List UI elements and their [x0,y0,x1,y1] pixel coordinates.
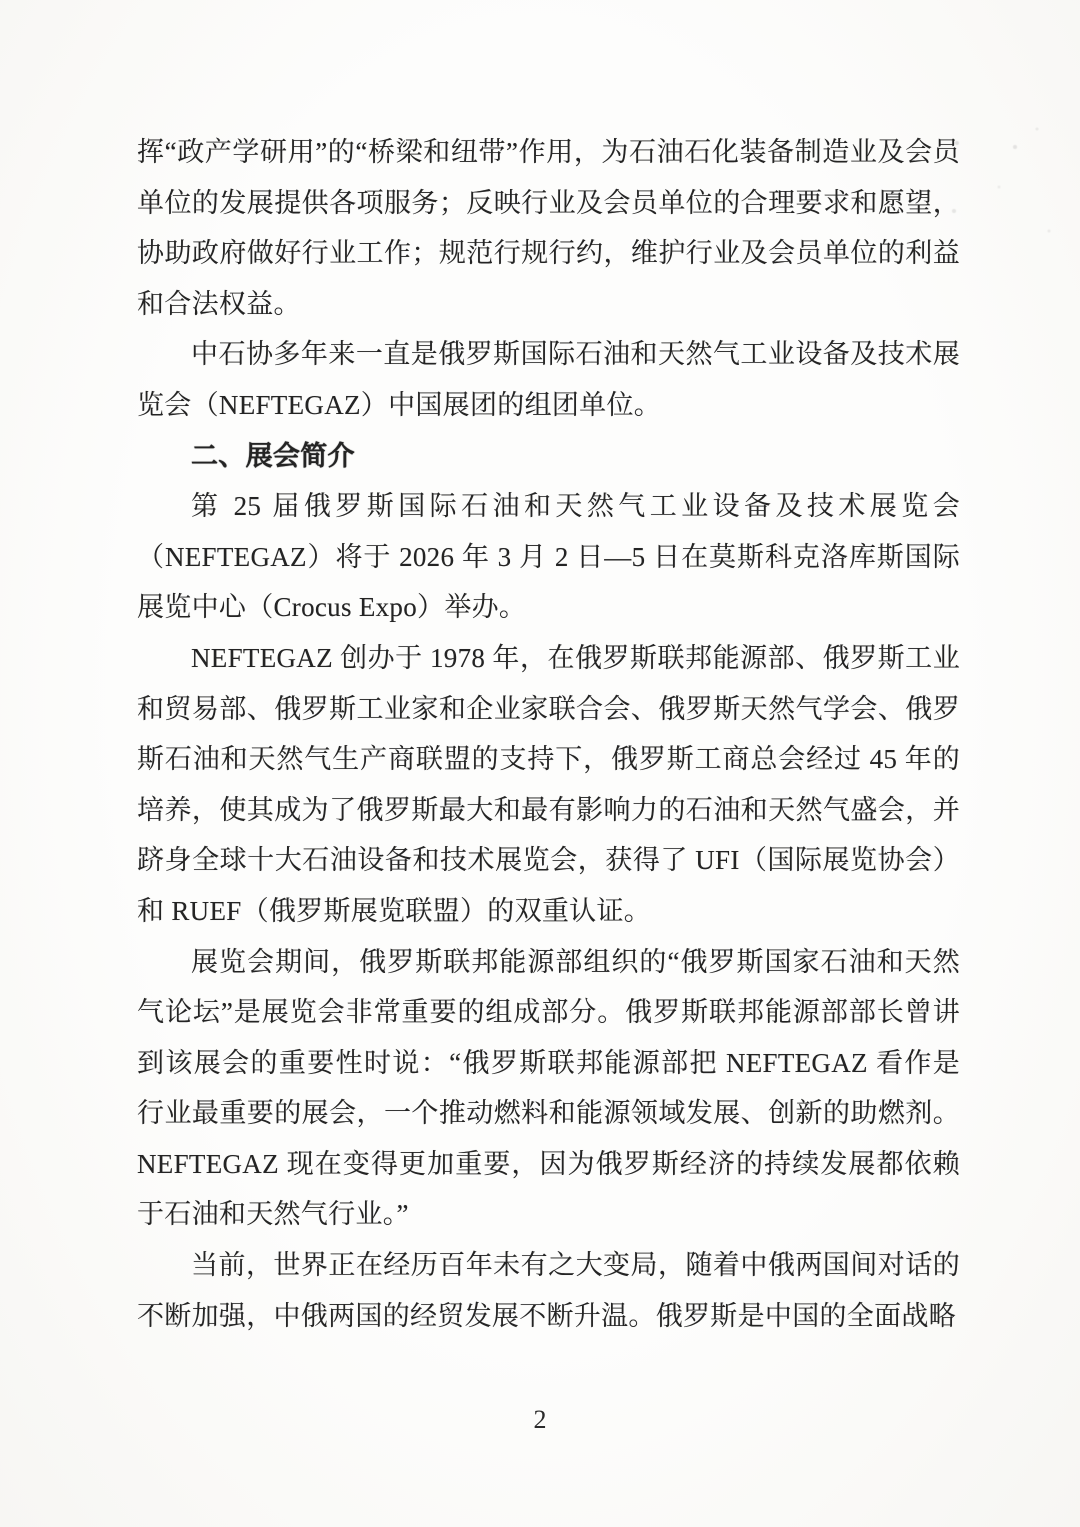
paragraph-china-russia-relations: 当前，世界正在经历百年未有之大变局，随着中俄两国间对话的不断加强，中俄两国的经贸… [137,1240,960,1341]
paragraph-continuation: 挥“政产学研用”的“桥梁和纽带”作用，为石油石化装备制造业及会员单位的发展提供各… [137,127,960,329]
page-number: 2 [0,1405,1080,1435]
section-heading-exhibition-intro: 二、展会简介 [137,431,960,482]
scanned-document-page: 挥“政产学研用”的“桥梁和纽带”作用，为石油石化装备制造业及会员单位的发展提供各… [0,0,1080,1527]
paragraph-exhibition-dates: 第 25 届俄罗斯国际石油和天然气工业设备及技术展览会（NEFTEGAZ）将于 … [137,481,960,633]
document-body: 挥“政产学研用”的“桥梁和纽带”作用，为石油石化装备制造业及会员单位的发展提供各… [137,127,960,1341]
paragraph-forum-quote: 展览会期间，俄罗斯联邦能源部组织的“俄罗斯国家石油和天然气论坛”是展览会非常重要… [137,937,960,1241]
paragraph-exhibition-history: NEFTEGAZ 创办于 1978 年，在俄罗斯联邦能源部、俄罗斯工业和贸易部、… [137,633,960,937]
scan-artifact-specks [0,0,2,2]
paragraph-china-association: 中石协多年来一直是俄罗斯国际石油和天然气工业设备及技术展览会（NEFTEGAZ）… [137,329,960,430]
